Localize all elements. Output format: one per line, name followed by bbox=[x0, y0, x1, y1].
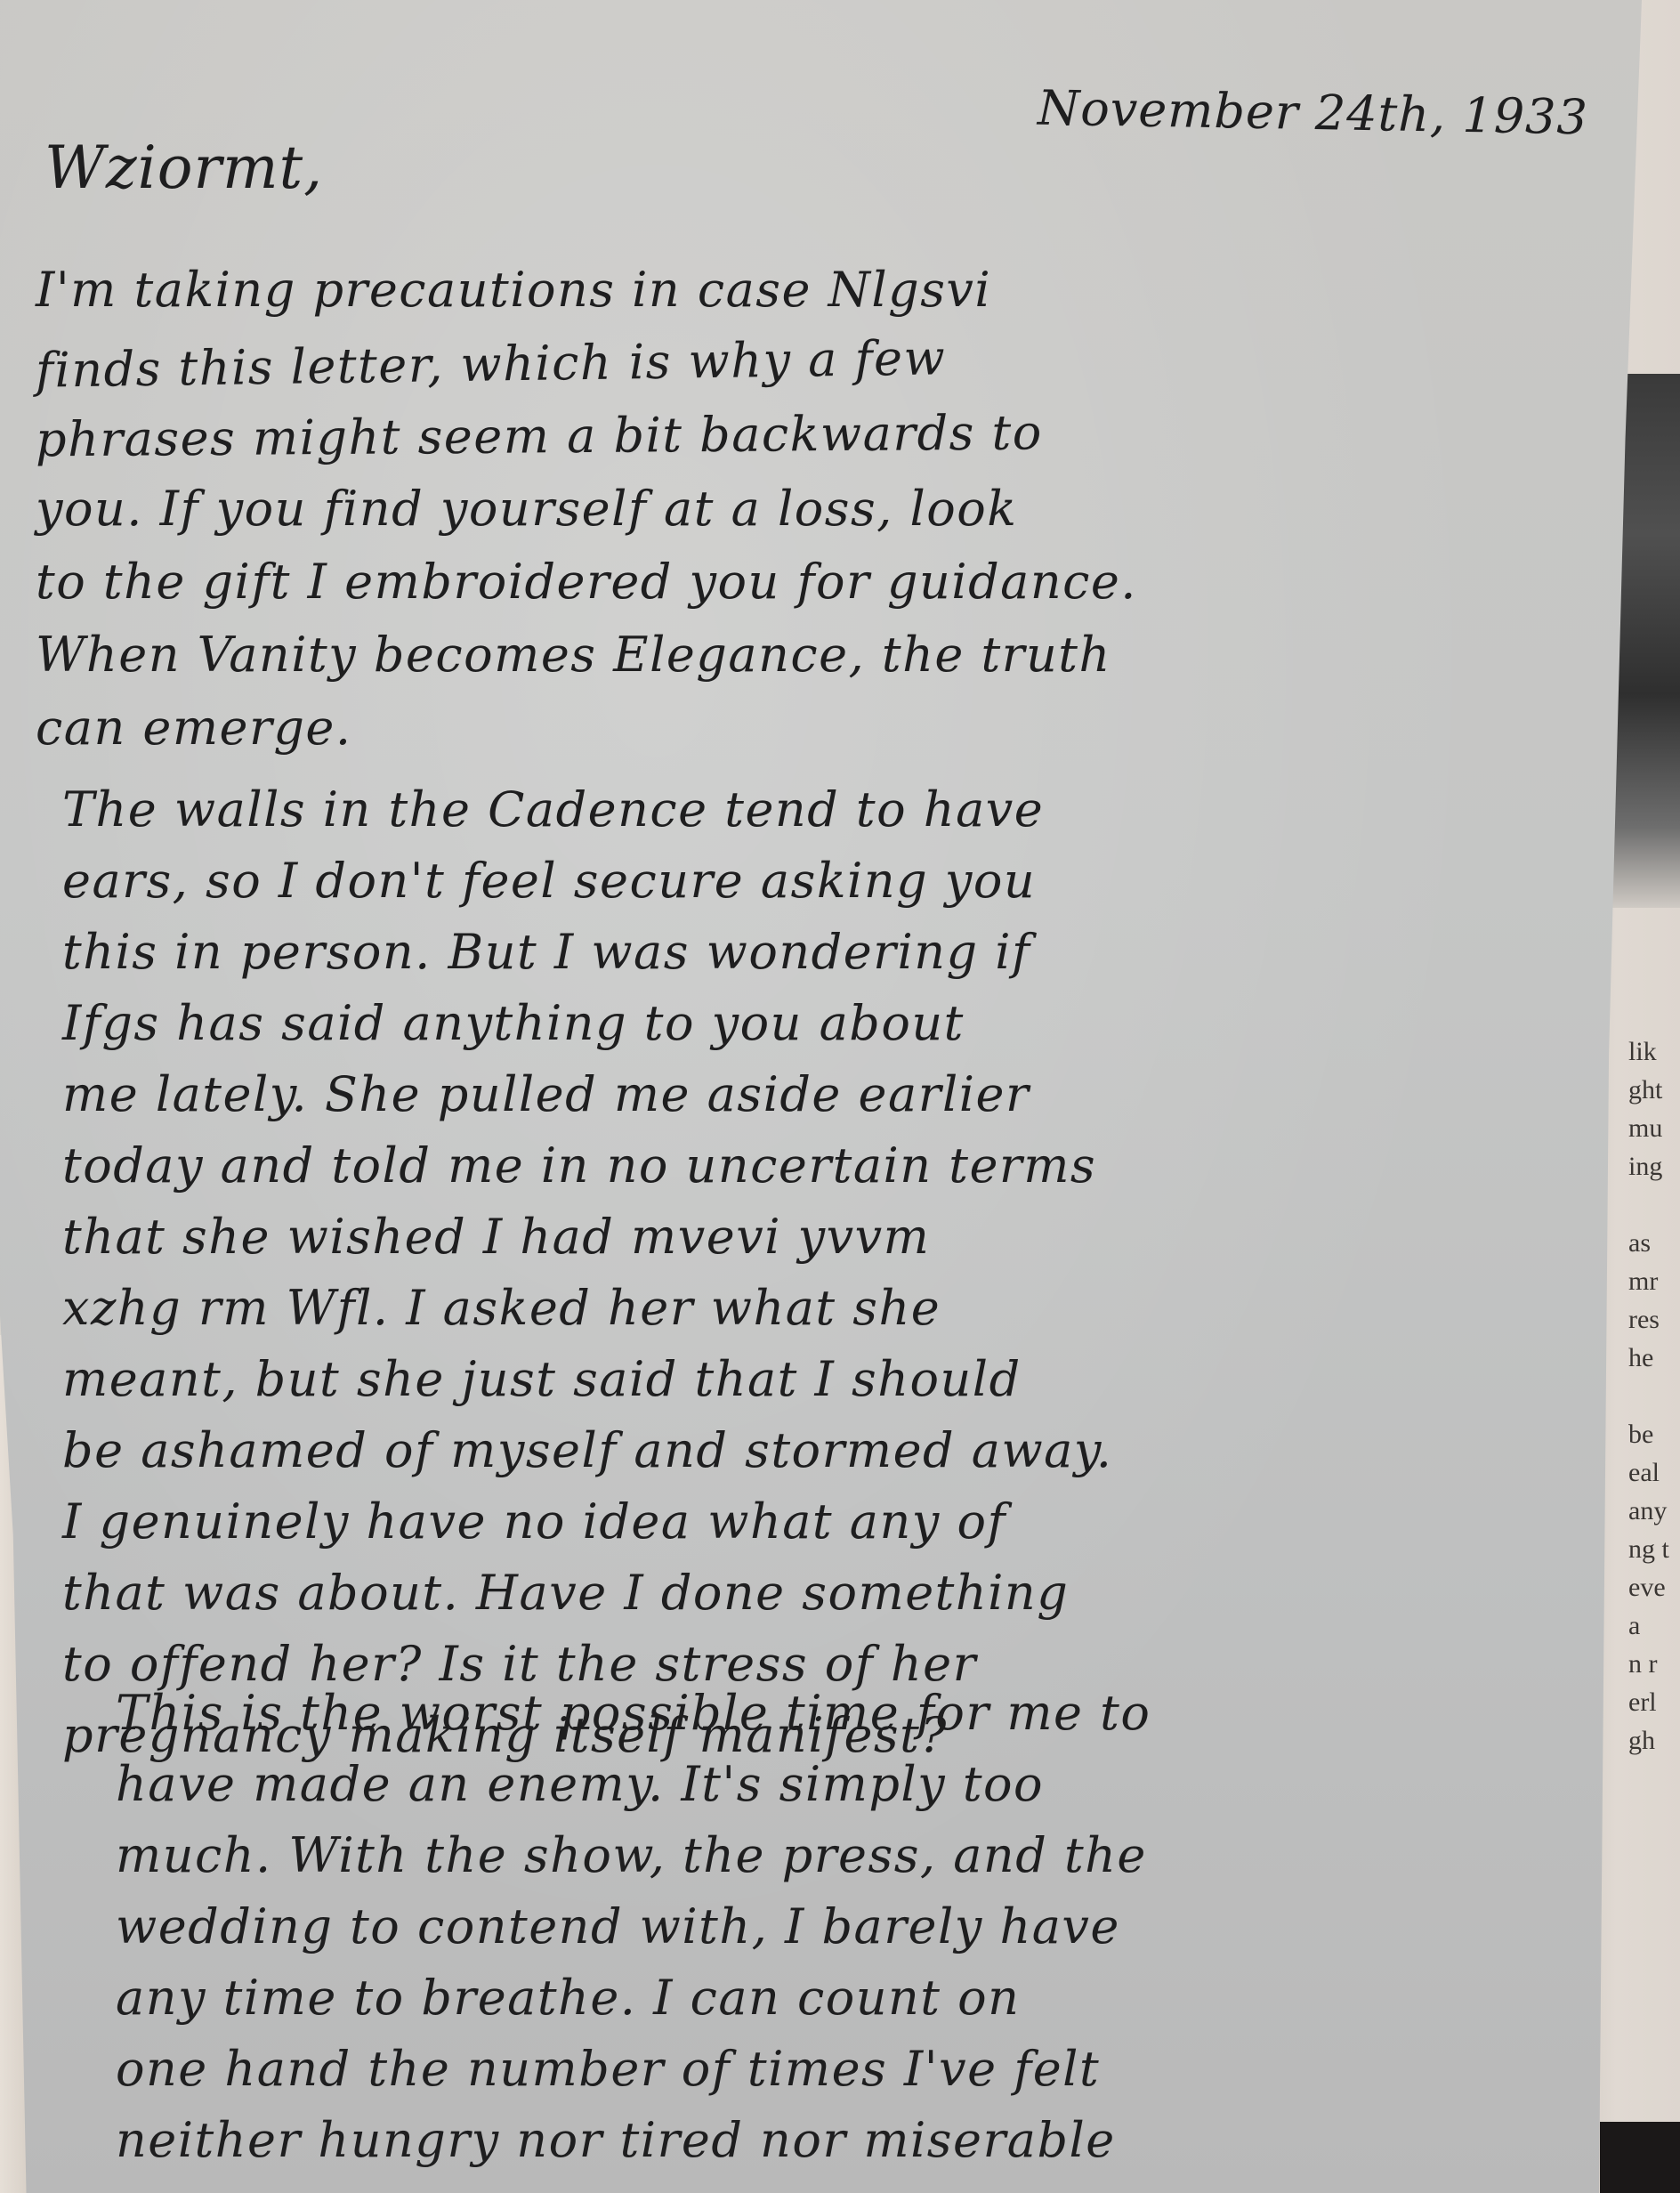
letter-line: be ashamed of myself and stormed away. bbox=[62, 1415, 1112, 1486]
book-fragment: mr bbox=[1628, 1262, 1680, 1300]
book-fragment-gap bbox=[1628, 1186, 1680, 1224]
letter-line: can emerge. bbox=[36, 692, 1137, 765]
letter-paragraph-2: The walls in the Cadence tend to have ea… bbox=[62, 774, 1112, 1771]
letter-line: any time to breathe. I can count on bbox=[116, 1962, 1151, 2034]
book-fragment: any bbox=[1628, 1492, 1680, 1530]
letter-line: I'm taking precautions in case Nlgsvi bbox=[36, 254, 1137, 327]
letter-line: phrases might seem a bit backwards to bbox=[36, 396, 1138, 477]
book-fragment: res bbox=[1628, 1300, 1680, 1339]
book-fragment: as bbox=[1628, 1224, 1680, 1262]
letter-line: xzhg rm Wfl. I asked her what she bbox=[62, 1273, 1112, 1344]
letter-line: Ifgs has said anything to you about bbox=[62, 988, 1112, 1059]
letter-line: to the gift I embroidered you for guidan… bbox=[36, 546, 1137, 619]
book-fragment: mu bbox=[1628, 1109, 1680, 1147]
letter-line: this in person. But I was wondering if bbox=[62, 917, 1112, 988]
book-fragment: gh bbox=[1628, 1721, 1680, 1760]
letter-line: When Vanity becomes Elegance, the truth bbox=[36, 619, 1137, 692]
book-fragment: erl bbox=[1628, 1683, 1680, 1721]
letter-line: I genuinely have no idea what any of bbox=[62, 1486, 1112, 1558]
book-fragment: he bbox=[1628, 1339, 1680, 1377]
handwritten-letter: November 24th, 1933 Wziormt, I'm taking … bbox=[0, 0, 1642, 2193]
letter-line: have made an enemy. It's simply too bbox=[116, 1749, 1151, 1820]
book-fragment-gap bbox=[1628, 1377, 1680, 1415]
letter-line: one hand the number of times I've felt bbox=[116, 2034, 1151, 2105]
letter-paragraph-1: I'm taking precautions in case Nlgsvi fi… bbox=[36, 254, 1137, 765]
letter-line: finds this letter, which is why a few bbox=[35, 319, 1137, 407]
letter-line: me lately. She pulled me aside earlier bbox=[62, 1059, 1112, 1130]
photo-scene: lik ght mu ing as mr res he be eal any n… bbox=[0, 0, 1680, 2193]
book-fragment: ing bbox=[1628, 1147, 1680, 1186]
letter-line: that she wished I had mvevi yvvm bbox=[62, 1202, 1112, 1273]
book-fragment: eve bbox=[1628, 1568, 1680, 1606]
book-fragment: n r bbox=[1628, 1645, 1680, 1683]
book-fragment: lik bbox=[1628, 1032, 1680, 1071]
letter-paragraph-3: This is the worst possible time for me t… bbox=[116, 1678, 1151, 2176]
book-text-fragments: lik ght mu ing as mr res he be eal any n… bbox=[1628, 1032, 1680, 1760]
letter-line: This is the worst possible time for me t… bbox=[116, 1678, 1151, 1749]
book-fragment: ght bbox=[1628, 1071, 1680, 1109]
letter-date: November 24th, 1933 bbox=[1038, 80, 1589, 146]
letter-line: much. With the show, the press, and the bbox=[116, 1820, 1151, 1891]
book-fragment: eal bbox=[1628, 1453, 1680, 1492]
letter-line: neither hungry nor tired nor miserable bbox=[116, 2105, 1151, 2176]
letter-greeting: Wziormt, bbox=[44, 134, 323, 202]
letter-line: The walls in the Cadence tend to have bbox=[62, 774, 1112, 846]
letter-line: ears, so I don't feel secure asking you bbox=[62, 846, 1112, 917]
book-fragment: be bbox=[1628, 1415, 1680, 1453]
book-fragment: a bbox=[1628, 1606, 1680, 1645]
letter-line: today and told me in no uncertain terms bbox=[62, 1130, 1112, 1202]
book-dark-corner bbox=[1600, 2122, 1680, 2193]
letter-line: meant, but she just said that I should bbox=[62, 1344, 1112, 1415]
letter-line: that was about. Have I done something bbox=[62, 1558, 1112, 1629]
letter-line: wedding to contend with, I barely have bbox=[116, 1891, 1151, 1962]
letter-line: you. If you find yourself at a loss, loo… bbox=[36, 473, 1137, 546]
book-fragment: ng t bbox=[1628, 1530, 1680, 1568]
